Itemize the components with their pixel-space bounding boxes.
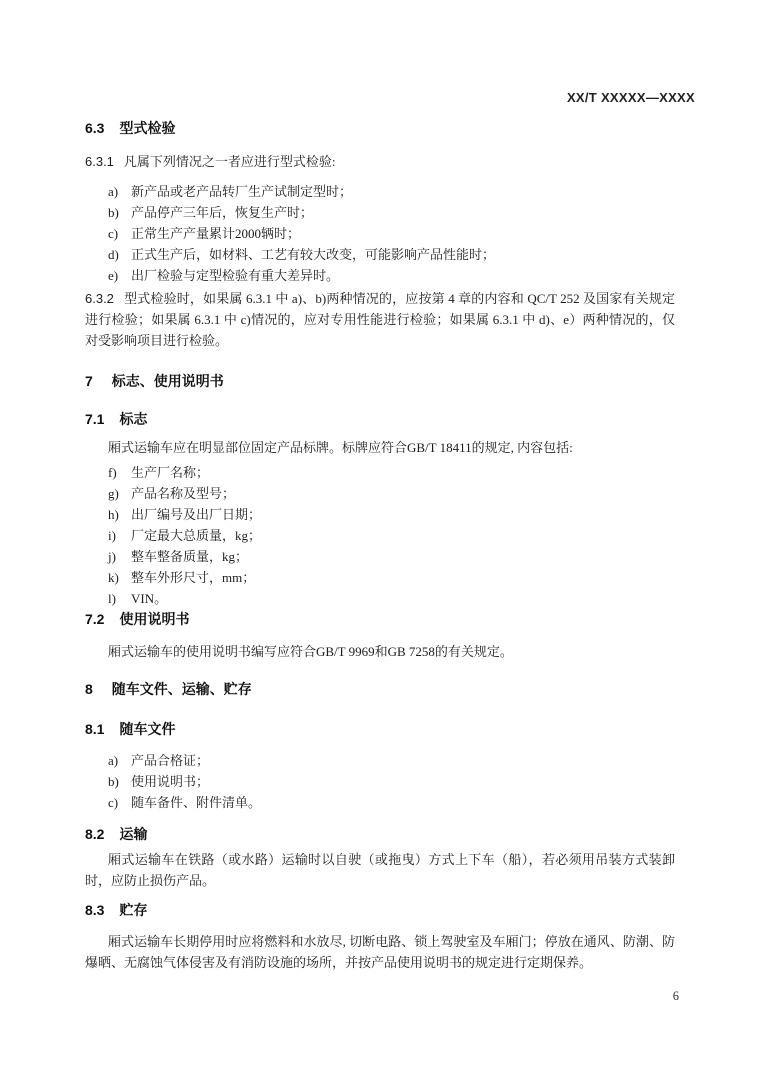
list-item: j)整车整备质量，kg； (85, 546, 675, 567)
heading-8: 8随车文件、运输、贮存 (85, 679, 675, 700)
heading-6-3: 6.3型式检验 (85, 118, 675, 139)
list-item-text: VIN。 (131, 591, 167, 606)
heading-8-1: 8.1随车文件 (85, 719, 675, 740)
list-item-text: 随车备件、附件清单。 (131, 795, 261, 810)
list-item: l)VIN。 (85, 588, 675, 609)
list-item: g)产品名称及型号； (85, 483, 675, 504)
heading-title: 随车文件、运输、贮存 (112, 681, 252, 697)
paragraph-7-1: 厢式运输车应在明显部位固定产品标牌。标牌应符合GB/T 18411的规定, 内容… (85, 437, 675, 458)
heading-7-2: 7.2使用说明书 (85, 609, 675, 630)
paragraph-8-3: 厢式运输车长期停用时应将燃料和水放尽, 切断电路、锁上驾驶室及车厢门；停放在通风… (85, 931, 675, 973)
list-item-label: c) (108, 223, 118, 244)
list-item: k)整车外形尺寸，mm； (85, 567, 675, 588)
clause-text: 凡属下列情况之一者应进行型式检验: (124, 154, 336, 169)
heading-number: 8 (85, 679, 93, 700)
heading-title: 运输 (119, 826, 147, 842)
list-item-label: a) (108, 750, 118, 771)
list-item-label: h) (108, 504, 119, 525)
list-item-text: 生产厂名称； (131, 465, 209, 480)
list-item-label: e) (108, 265, 118, 286)
list-item-label: b) (108, 202, 119, 223)
page-number: 6 (673, 986, 679, 1007)
list-item-text: 产品名称及型号； (131, 486, 235, 501)
document-page: XX/T XXXXX—XXXX 6.3型式检验 6.3.1凡属下列情况之一者应进… (0, 0, 759, 1069)
list-item-label: c) (108, 792, 118, 813)
list-item-label: b) (108, 771, 119, 792)
list-item-text: 出厂检验与定型检验有重大差异时。 (131, 268, 339, 283)
heading-title: 标志 (119, 411, 147, 427)
list-item: a)产品合格证； (85, 750, 675, 771)
heading-number: 7.2 (85, 609, 104, 630)
heading-title: 使用说明书 (119, 611, 189, 627)
list-item-label: f) (108, 462, 117, 483)
heading-title: 贮存 (119, 902, 147, 918)
list-item-label: k) (108, 567, 119, 588)
list-item: b)使用说明书； (85, 771, 675, 792)
list-item: i)厂定最大总质量，kg； (85, 525, 675, 546)
list-item: f)生产厂名称； (85, 462, 675, 483)
paragraph-7-2: 厢式运输车的使用说明书编写应符合GB/T 9969和GB 7258的有关规定。 (85, 641, 675, 662)
list-item: a)新产品或老产品转厂生产试制定型时； (85, 181, 675, 202)
list-item-text: 产品停产三年后，恢复生产时； (131, 205, 313, 220)
heading-8-2: 8.2运输 (85, 824, 675, 845)
heading-number: 8.2 (85, 824, 104, 845)
heading-number: 7 (85, 371, 93, 392)
paragraph-8-2: 厢式运输车在铁路（或水路）运输时以自驶（或拖曳）方式上下车（船），若必须用吊装方… (85, 849, 675, 891)
list-item-text: 整车整备质量，kg； (131, 549, 248, 564)
list-8-1: a)产品合格证； b)使用说明书； c)随车备件、附件清单。 (85, 750, 675, 813)
list-item-text: 正式生产后，如材料、工艺有较大改变，可能影响产品性能时； (131, 247, 495, 262)
list-item: d)正式生产后，如材料、工艺有较大改变，可能影响产品性能时； (85, 244, 675, 265)
heading-7-1: 7.1标志 (85, 409, 675, 430)
list-6-3-1: a)新产品或老产品转厂生产试制定型时； b)产品停产三年后，恢复生产时； c)正… (85, 181, 675, 286)
list-item-text: 出厂编号及出厂日期； (131, 507, 261, 522)
list-item-label: l) (108, 588, 116, 609)
clause-6-3-2: 6.3.2型式检验时，如果属 6.3.1 中 a)、b)两种情况的，应按第 4 … (85, 288, 675, 351)
list-item-label: j) (108, 546, 116, 567)
list-item-label: i) (108, 525, 116, 546)
list-item-text: 正常生产产量累计2000辆时； (131, 226, 300, 241)
list-item-text: 使用说明书； (131, 774, 209, 789)
heading-number: 8.1 (85, 719, 104, 740)
heading-7: 7标志、使用说明书 (85, 371, 675, 392)
list-item: h)出厂编号及出厂日期； (85, 504, 675, 525)
heading-title: 标志、使用说明书 (112, 373, 224, 389)
list-item-text: 产品合格证； (131, 753, 209, 768)
clause-text: 型式检验时，如果属 6.3.1 中 a)、b)两种情况的，应按第 4 章的内容和… (85, 291, 675, 348)
heading-number: 6.3 (85, 118, 104, 139)
heading-number: 7.1 (85, 409, 104, 430)
clause-6-3-1: 6.3.1凡属下列情况之一者应进行型式检验: (85, 151, 675, 172)
list-item-label: a) (108, 181, 118, 202)
list-item: c)正常生产产量累计2000辆时； (85, 223, 675, 244)
list-item-text: 整车外形尺寸，mm； (131, 570, 255, 585)
heading-title: 型式检验 (119, 120, 175, 136)
heading-8-3: 8.3贮存 (85, 900, 675, 921)
list-item: c)随车备件、附件清单。 (85, 792, 675, 813)
list-item-label: g) (108, 483, 119, 504)
clause-number: 6.3.2 (85, 288, 114, 309)
list-item-text: 厂定最大总质量，kg； (131, 528, 261, 543)
list-item: e)出厂检验与定型检验有重大差异时。 (85, 265, 675, 286)
list-7-1: f)生产厂名称； g)产品名称及型号； h)出厂编号及出厂日期； i)厂定最大总… (85, 462, 675, 609)
clause-number: 6.3.1 (85, 151, 114, 172)
heading-number: 8.3 (85, 900, 104, 921)
list-item-label: d) (108, 244, 119, 265)
heading-title: 随车文件 (119, 721, 175, 737)
list-item-text: 新产品或老产品转厂生产试制定型时； (131, 184, 352, 199)
list-item: b)产品停产三年后，恢复生产时； (85, 202, 675, 223)
standard-number-header: XX/T XXXXX—XXXX (567, 87, 695, 108)
